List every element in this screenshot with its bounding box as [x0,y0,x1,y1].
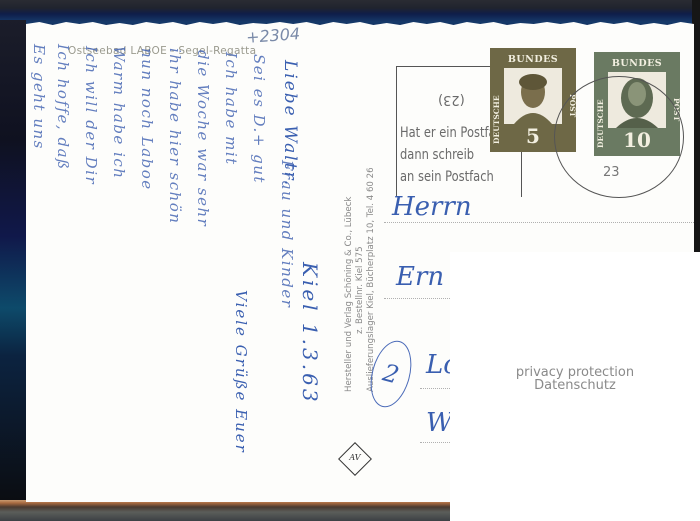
postmark-slogan-line: an sein Postfach [400,166,509,188]
address-name: Ern [396,262,444,292]
message-line: nun noch Laboe [138,48,156,191]
postmark-code: (23) [438,92,465,107]
publisher-logo-text: AV [342,453,368,462]
stamp-top-label: BUNDES [594,58,680,69]
cancellation-date: 23 [603,165,620,180]
privacy-notice-line: Datenschutz [450,379,700,392]
message-line: die Woche war sehr [194,50,212,227]
message-line: Es geht uns [30,44,48,150]
handwritten-message: Es geht uns Ich hoffe, daß Ich will der … [28,30,318,500]
address-line [384,298,450,299]
address-recipient-title: Herrn [392,192,472,222]
scan-edge-left [0,20,26,500]
portrait-icon [504,68,562,124]
address-line [420,388,450,389]
publisher-line: Hersteller und Verlag Schöning & Co., Lü… [344,192,355,392]
handwritten-date: Kiel 1.3.63 [298,262,322,405]
message-line: ihr habe hier schön [166,48,184,224]
message-line: Ich hoffe, daß [54,44,72,171]
message-line: Ich will der Dir [82,46,100,185]
message-line: Ich habe mit [222,52,240,166]
scan-edge-bottom [0,500,450,521]
publisher-line: z. Bestellnr. Kiel 575 [355,192,366,392]
closing: Viele Grüße Euer [232,290,250,454]
address-line [384,222,694,223]
message-line: Warm habe ich [110,46,128,179]
stamp-top-label: BUNDES [490,54,576,65]
privacy-notice: privacy protection Datenschutz [450,366,700,392]
publisher-imprint: Hersteller und Verlag Schöning & Co., Lü… [344,192,377,392]
greeting: Liebe Waltr. [280,60,300,187]
message-line: Sei es D.+ gut [250,54,268,184]
address-line [420,442,450,443]
